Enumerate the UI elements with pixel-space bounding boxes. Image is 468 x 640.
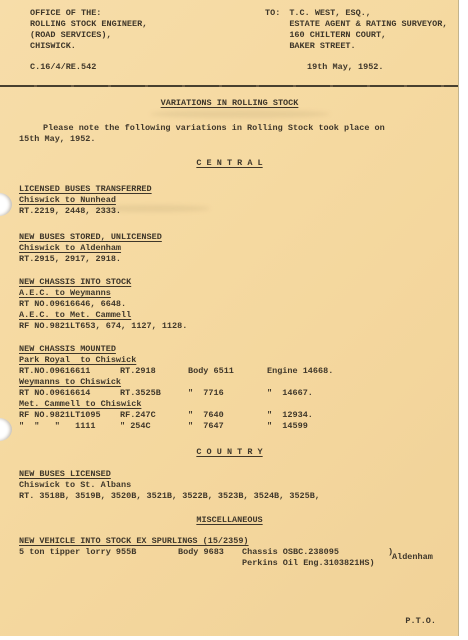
hole-punch-top — [0, 193, 12, 216]
section-heading: NEW BUSES LICENSED — [19, 469, 111, 479]
section-heading: NEW BUSES STORED, UNLICENSED — [19, 232, 162, 242]
engine-no-cell: " 14667. — [267, 388, 458, 399]
chassis-engine-cell: Chassis OSBC.238095 ) Perkins Oil Eng.31… — [242, 547, 458, 569]
destination-label: Aldenham — [392, 552, 433, 563]
section-new-chassis-into-stock: NEW CHASSIS INTO STOCK A.E.C. to Weymann… — [19, 277, 458, 332]
body-no-cell: Body 9683 — [178, 547, 242, 569]
body-no-cell: " 7647 — [188, 421, 267, 432]
route-line: Met. Cammell to Chiswick — [19, 399, 141, 409]
fleet-numbers: RF NO.9821LT653, 674, 1127, 1128. — [19, 321, 458, 332]
vehicle-row: 5 ton tipper lorry 955B Body 9683 Chassi… — [19, 547, 458, 569]
fleet-numbers: RT.2219, 2448, 2333. — [19, 206, 458, 217]
table-row: RF NO.9821LT1095 RF.247C " 7640 " 12934. — [19, 410, 458, 421]
please-turn-over: P.T.O. — [405, 616, 436, 627]
miscellaneous-heading-wrap: MISCELLANEOUS — [0, 515, 459, 526]
section-heading: NEW CHASSIS MOUNTED — [19, 344, 116, 354]
section-heading: NEW CHASSIS INTO STOCK — [19, 277, 131, 287]
fleet-no-cell: RF.247C — [120, 410, 188, 421]
section-heading: LICENSED BUSES TRANSFERRED — [19, 184, 152, 194]
route-line: Park Royal to Chiswick — [19, 355, 136, 365]
chassis-mounted-table: Park Royal to Chiswick RT.NO.09616611 RT… — [19, 355, 458, 432]
ink-smudge — [90, 205, 210, 212]
header-divider-line — [0, 85, 459, 87]
route-line: Chiswick to Nunhead — [19, 195, 116, 205]
section-new-buses-licensed: NEW BUSES LICENSED Chiswick to St. Alban… — [19, 469, 458, 502]
intro-line: Please note the following variations in … — [19, 123, 428, 134]
ink-smudge — [150, 110, 330, 118]
to-label: TO: — [265, 8, 280, 52]
chassis-no-cell: RF NO.9821LT1095 — [19, 410, 120, 421]
chassis-no-cell: RT.NO.09616611 — [19, 366, 120, 377]
route-line: Chiswick to St. Albans — [19, 480, 458, 491]
fleet-no-cell: RT.3525B — [120, 388, 188, 399]
intro-paragraph: Please note the following variations in … — [19, 123, 428, 145]
miscellaneous-heading: MISCELLANEOUS — [196, 515, 262, 525]
chassis-number: Chassis OSBC.238095 — [242, 547, 339, 557]
section-licensed-buses-transferred: LICENSED BUSES TRANSFERRED Chiswick to N… — [19, 184, 458, 217]
memo-header: OFFICE OF THE: ROLLING STOCK ENGINEER, (… — [19, 8, 458, 73]
recipient-lines: T.C. WEST, ESQ., ESTATE AGENT & RATING S… — [289, 8, 447, 52]
intro-line: 15th May, 1952. — [19, 134, 428, 145]
body-no-cell: Body 6511 — [188, 366, 267, 377]
fleet-numbers: RT. 3518B, 3519B, 3520B, 3521B, 3522B, 3… — [19, 491, 458, 502]
recipient-address: TO: T.C. WEST, ESQ., ESTATE AGENT & RATI… — [265, 8, 447, 73]
country-heading: C O U N T R Y — [196, 447, 262, 457]
table-row: " " " 1111 " 254C " 7647 " 14599 — [19, 421, 458, 432]
section-heading: NEW VEHICLE INTO STOCK EX SPURLINGS (15/… — [19, 536, 249, 546]
vehicle-description-cell: 5 ton tipper lorry 955B — [19, 547, 178, 569]
engine-no-cell: Engine 14668. — [267, 366, 458, 377]
body-no-cell: " 7640 — [188, 410, 267, 421]
route-line: A.E.C. to Weymanns — [19, 288, 111, 298]
chassis-no-cell: RT NO.09616614 — [19, 388, 120, 399]
recipient-row: TO: T.C. WEST, ESQ., ESTATE AGENT & RATI… — [265, 8, 447, 52]
recipient-line: ESTATE AGENT & RATING SURVEYOR, — [289, 19, 447, 30]
fleet-numbers: RT NO.09616646, 6648. — [19, 299, 458, 310]
hole-punch-bottom — [0, 418, 12, 441]
fleet-numbers: RT.2915, 2917, 2918. — [19, 254, 458, 265]
section-new-chassis-mounted: NEW CHASSIS MOUNTED Park Royal to Chiswi… — [19, 344, 458, 432]
memo-title: VARIATIONS IN ROLLING STOCK — [161, 98, 299, 108]
section-new-buses-stored: NEW BUSES STORED, UNLICENSED Chiswick to… — [19, 232, 458, 265]
country-heading-wrap: C O U N T R Y — [0, 447, 459, 458]
recipient-line: T.C. WEST, ESQ., — [289, 8, 447, 19]
route-line: Weymanns to Chiswick — [19, 377, 121, 387]
scanned-memo-paper: OFFICE OF THE: ROLLING STOCK ENGINEER, (… — [0, 0, 459, 636]
central-heading-wrap: C E N T R A L — [0, 158, 459, 169]
section-new-vehicle-into-stock: NEW VEHICLE INTO STOCK EX SPURLINGS (15/… — [19, 536, 458, 569]
route-line: Chiswick to Aldenham — [19, 243, 121, 253]
central-heading: C E N T R A L — [196, 158, 262, 168]
table-row: RT.NO.09616611 RT.2918 Body 6511 Engine … — [19, 366, 458, 377]
recipient-line: BAKER STREET. — [289, 41, 447, 52]
memo-title-wrap: VARIATIONS IN ROLLING STOCK — [0, 98, 459, 109]
engine-no-cell: " 14599 — [267, 421, 458, 432]
memo-date: 19th May, 1952. — [307, 62, 447, 73]
route-line: A.E.C. to Met. Cammell — [19, 310, 131, 320]
table-row: RT NO.09616614 RT.3525B " 7716 " 14667. — [19, 388, 458, 399]
fleet-no-cell: " 254C — [120, 421, 188, 432]
engine-no-cell: " 12934. — [267, 410, 458, 421]
fleet-no-cell: RT.2918 — [120, 366, 188, 377]
recipient-line: 160 CHILTERN COURT, — [289, 30, 447, 41]
chassis-no-cell: " " " 1111 — [19, 421, 120, 432]
body-no-cell: " 7716 — [188, 388, 267, 399]
